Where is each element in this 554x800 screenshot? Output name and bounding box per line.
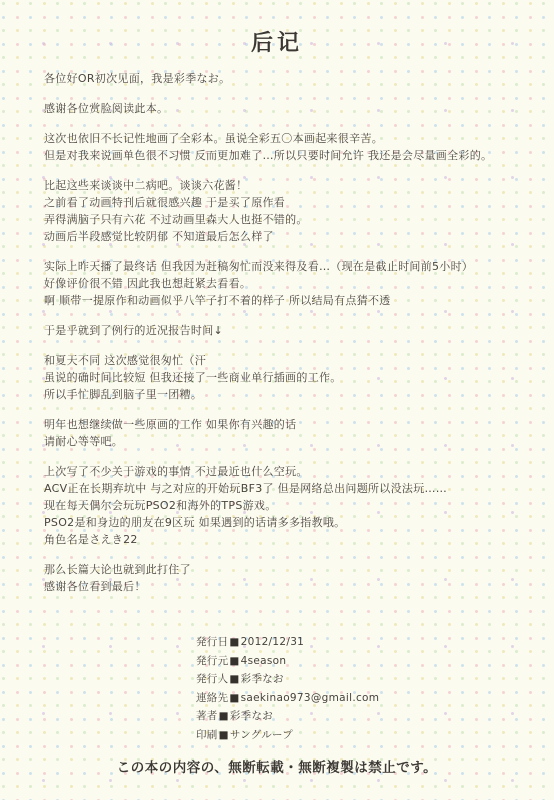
colophon-value: サングループ bbox=[230, 729, 293, 741]
body-line: PSO2是和身边的朋友在9区玩 如果遇到的话请多多指教哦。 bbox=[44, 514, 544, 531]
colophon-row: 発行人■彩季なお bbox=[196, 670, 379, 689]
square-separator-icon: ■ bbox=[229, 633, 239, 652]
square-separator-icon: ■ bbox=[219, 726, 229, 745]
colophon-label: 発行元 bbox=[196, 655, 228, 667]
colophon: 発行日■2012/12/31発行元■4season発行人■彩季なお連絡先■sae… bbox=[196, 633, 379, 744]
body-line: 所以手忙脚乱到脑子里一团糟。 bbox=[44, 386, 544, 403]
body-line: 但是对我来说画单色很不习惯 反而更加难了…所以只要时间允许 我还是会尽量画全彩的… bbox=[44, 147, 544, 164]
colophon-label: 発行日 bbox=[196, 636, 228, 648]
body-line: 那么长篇大论也就到此打住了 bbox=[44, 561, 544, 578]
afterword-page: 后记 各位好OR初次见面，我是彩季なお。感谢各位赏脸阅读此本。这次也依旧不长记性… bbox=[0, 0, 554, 800]
colophon-label: 著者 bbox=[196, 710, 218, 722]
colophon-label: 発行人 bbox=[196, 673, 228, 685]
paragraph: 感谢各位赏脸阅读此本。 bbox=[44, 100, 544, 117]
colophon-row: 印刷■サングループ bbox=[196, 726, 379, 745]
paragraph: 实际上昨天播了最终话 但我因为赶稿匆忙而没来得及看…（现在是截止时间前5小时）好… bbox=[44, 258, 544, 309]
body-line: 这次也依旧不长记性地画了全彩本。虽说全彩五〇本画起来很辛苦。 bbox=[44, 130, 544, 147]
body-line: 请耐心等等吧。 bbox=[44, 433, 544, 450]
body-line: 啊 顺带一提原作和动画似乎八竿子打不着的样子 所以结局有点猜不透 bbox=[44, 292, 544, 309]
body-line: 明年也想继续做一些原画的工作 如果你有兴趣的话 bbox=[44, 416, 544, 433]
body-line: 实际上昨天播了最终话 但我因为赶稿匆忙而没来得及看…（现在是截止时间前5小时） bbox=[44, 258, 544, 275]
colophon-value: 彩季なお bbox=[241, 673, 284, 685]
colophon-row: 発行日■2012/12/31 bbox=[196, 633, 379, 652]
body-line: 和夏天不同 这次感觉很匆忙（汗 bbox=[44, 352, 544, 369]
colophon-value: 彩季なお bbox=[230, 710, 273, 722]
body-line: 感谢各位赏脸阅读此本。 bbox=[44, 100, 544, 117]
body-line: 现在每天偶尔会玩玩PSO2和海外的TPS游戏。 bbox=[44, 497, 544, 514]
body-line: 比起这些来谈谈中二病吧。谈谈六花酱！ bbox=[44, 177, 544, 194]
square-separator-icon: ■ bbox=[229, 689, 239, 708]
colophon-label: 連絡先 bbox=[196, 692, 228, 704]
body-text: 各位好OR初次见面，我是彩季なお。感谢各位赏脸阅读此本。这次也依旧不长记性地画了… bbox=[44, 70, 544, 608]
paragraph: 和夏天不同 这次感觉很匆忙（汗虽说的确时间比较短 但我还接了一些商业单行插画的工… bbox=[44, 352, 544, 403]
body-line: 感谢各位看到最后！ bbox=[44, 578, 544, 595]
paragraph: 于是乎就到了例行的近况报告时间↓ bbox=[44, 322, 544, 339]
body-line: ACV正在长期弃坑中 与之对应的开始玩BF3了 但是网络总出问题所以没法玩…… bbox=[44, 480, 544, 497]
paragraph: 明年也想继续做一些原画的工作 如果你有兴趣的话请耐心等等吧。 bbox=[44, 416, 544, 450]
body-line: 之前看了动画特刊后就很感兴趣 于是买了原作看 bbox=[44, 194, 544, 211]
colophon-value: saekinao973@gmail.com bbox=[241, 692, 380, 704]
colophon-value: 4season bbox=[241, 655, 287, 667]
colophon-row: 連絡先■saekinao973@gmail.com bbox=[196, 689, 379, 708]
paragraph: 各位好OR初次见面，我是彩季なお。 bbox=[44, 70, 544, 87]
paragraph: 那么长篇大论也就到此打住了感谢各位看到最后！ bbox=[44, 561, 544, 595]
colophon-row: 発行元■4season bbox=[196, 652, 379, 671]
paragraph: 比起这些来谈谈中二病吧。谈谈六花酱！之前看了动画特刊后就很感兴趣 于是买了原作看… bbox=[44, 177, 544, 245]
paragraph: 上次写了不少关于游戏的事情 不过最近也什么空玩。ACV正在长期弃坑中 与之对应的… bbox=[44, 463, 544, 548]
body-line: 角色名是さえき22 bbox=[44, 531, 544, 548]
body-line: 弄得满脑子只有六花 不过动画里森大人也挺不错的。 bbox=[44, 211, 544, 228]
body-line: 上次写了不少关于游戏的事情 不过最近也什么空玩。 bbox=[44, 463, 544, 480]
body-line: 好像评价很不错 因此我也想赶紧去看看。 bbox=[44, 275, 544, 292]
colophon-label: 印刷 bbox=[196, 729, 218, 741]
body-line: 各位好OR初次见面，我是彩季なお。 bbox=[44, 70, 544, 87]
copyright-notice: この本の内容の、無断転載・無断複製は禁止です。 bbox=[0, 756, 554, 776]
body-line: 于是乎就到了例行的近况报告时间↓ bbox=[44, 322, 544, 339]
page-title: 后记 bbox=[0, 26, 554, 57]
body-line: 动画后半段感觉比较阴郁 不知道最后怎么样了 bbox=[44, 228, 544, 245]
colophon-value: 2012/12/31 bbox=[241, 636, 305, 648]
square-separator-icon: ■ bbox=[219, 707, 229, 726]
paragraph: 这次也依旧不长记性地画了全彩本。虽说全彩五〇本画起来很辛苦。但是对我来说画单色很… bbox=[44, 130, 544, 164]
colophon-row: 著者■彩季なお bbox=[196, 707, 379, 726]
body-line: 虽说的确时间比较短 但我还接了一些商业单行插画的工作。 bbox=[44, 369, 544, 386]
square-separator-icon: ■ bbox=[229, 670, 239, 689]
square-separator-icon: ■ bbox=[229, 652, 239, 671]
